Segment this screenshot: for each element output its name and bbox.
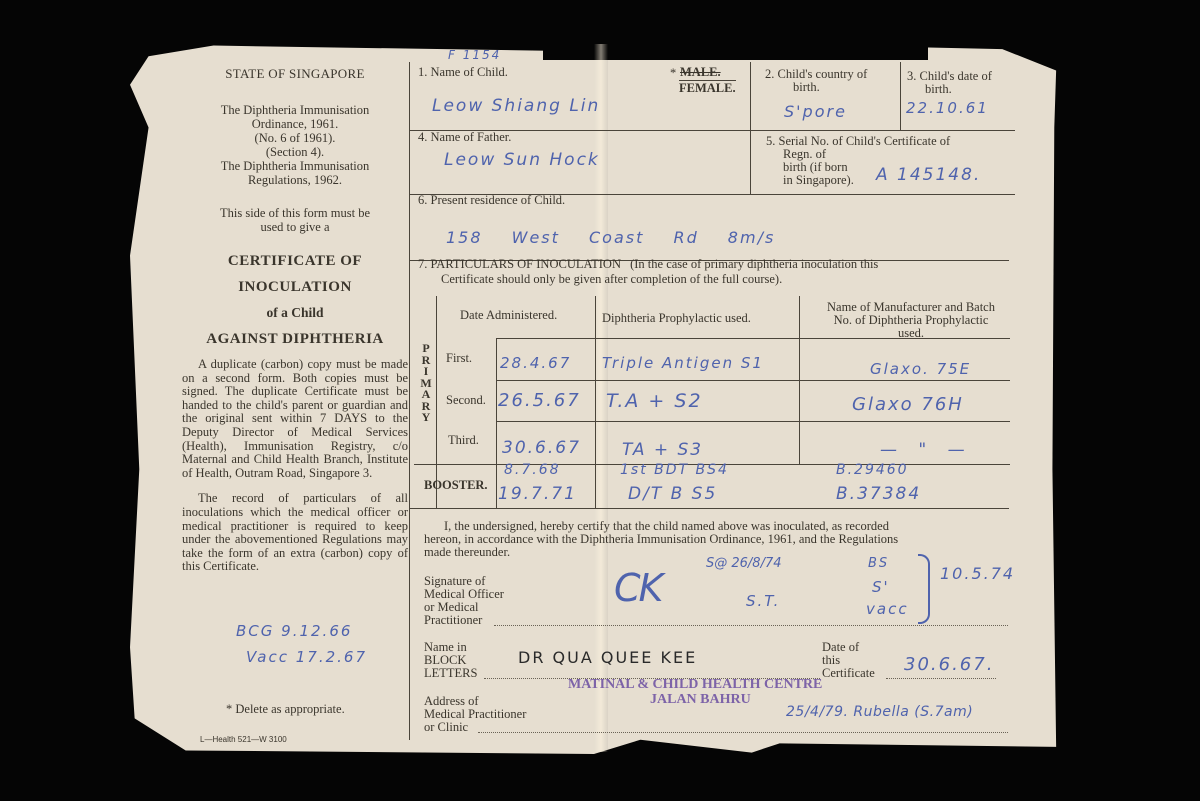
- first-date: 28.4.67: [500, 354, 571, 372]
- col-header-manufacturer: Name of Manufacturer and Batch No. of Di…: [806, 301, 1016, 340]
- third-date: 30.6.67: [502, 438, 581, 458]
- intro-text: This side of this form must be used to g…: [182, 206, 408, 234]
- particulars-heading: 7. PARTICULARS OF INOCULATION (In the ca…: [418, 258, 878, 271]
- note-s1: S': [872, 578, 890, 596]
- ordinance-line: The Diphtheria Immunisation: [182, 159, 408, 173]
- booster1-prophylactic: 1st BDT BS4: [620, 462, 729, 478]
- title-line: CERTIFICATE OF: [182, 248, 408, 274]
- particulars-title: 7. PARTICULARS OF INOCULATION: [418, 257, 621, 271]
- row-label-third: Third.: [448, 434, 479, 447]
- country-label: 2. Child's country of birth.: [765, 68, 867, 94]
- label-line: birth.: [765, 81, 867, 94]
- father-name-label: 4. Name of Father.: [418, 131, 511, 144]
- residence-value: 158 West Coast Rd 8m/s: [446, 228, 775, 247]
- child-name-value: Leow Shiang Lin: [432, 96, 600, 116]
- label-line: LETTERS: [424, 667, 477, 680]
- sex-asterisk: *: [670, 67, 676, 80]
- ordinance-line: The Diphtheria Immunisation: [182, 103, 408, 117]
- dob-value: 22.10.61: [906, 99, 989, 117]
- state-heading: STATE OF SINGAPORE: [182, 66, 408, 82]
- handwritten-bcg: BCG 9.12.66: [236, 622, 352, 640]
- second-manufacturer: Glaxo 76H: [852, 394, 964, 415]
- ordinance-line: Ordinance, 1961.: [182, 117, 408, 131]
- particulars-note: (In the case of primary diphtheria inocu…: [630, 257, 878, 271]
- sex-female: FEMALE.: [679, 80, 736, 95]
- sex-male-struck: MALE.: [680, 66, 721, 79]
- main-left-border: [409, 62, 410, 740]
- clinic-stamp-line1: MATINAL & CHILD HEALTH CENTRE: [568, 677, 822, 693]
- second-date: 26.5.67: [498, 390, 581, 411]
- top-note: F 1154: [448, 48, 501, 62]
- certificate-title: CERTIFICATE OF INOCULATION of a Child AG…: [182, 248, 408, 352]
- col-header-prophylactic: Diphtheria Prophylactic used.: [602, 312, 751, 325]
- cert-date-value: 30.6.67.: [904, 654, 994, 675]
- ordinance-line: Regulations, 1962.: [182, 173, 408, 187]
- ordinance-line: (Section 4).: [182, 145, 408, 159]
- address-line: [478, 732, 1008, 733]
- country-value: S'pore: [784, 102, 847, 121]
- first-manufacturer: Glaxo. 75E: [870, 360, 971, 378]
- cert-date-label: Date of this Certificate: [822, 641, 875, 680]
- label-line: Practitioner: [424, 614, 504, 627]
- serial-value: A 145148.: [876, 165, 981, 185]
- table-row-rule-2: [496, 421, 1010, 422]
- rubella-note: 25/4/79. Rubella (S.7am): [786, 704, 973, 720]
- booster2-prophylactic: D/T B S5: [628, 484, 717, 504]
- signature-label: Signature of Medical Officer or Medical …: [424, 575, 504, 627]
- intro-line: This side of this form must be: [182, 206, 408, 220]
- certification-line: hereon, in accordance with the Diphtheri…: [424, 533, 1008, 546]
- primary-vertical-label: PRIMARY: [420, 343, 432, 424]
- name-label: Name in BLOCK LETTERS: [424, 641, 477, 680]
- title-line: of a Child: [182, 300, 408, 326]
- table-row-rule-1: [496, 380, 1010, 381]
- second-prophylactic: T.A + S2: [606, 390, 703, 412]
- residence-label: 6. Present residence of Child.: [418, 194, 565, 207]
- title-line: AGAINST DIPHTHERIA: [182, 326, 408, 352]
- brace-icon: [918, 554, 930, 624]
- record-instructions: The record of particulars of all inocula…: [182, 492, 408, 574]
- booster1-date: 8.7.68: [504, 462, 561, 478]
- divider-v1: [750, 62, 751, 194]
- note-bs: BS: [868, 556, 889, 571]
- left-info-panel: STATE OF SINGAPORE The Diphtheria Immuni…: [182, 66, 408, 574]
- divider-v2: [900, 62, 901, 130]
- note-st: S.T.: [746, 592, 780, 610]
- signature: CK: [614, 566, 661, 610]
- booster1-manufacturer: B.29460: [836, 462, 909, 478]
- note-date: 10.5.74: [940, 564, 1015, 583]
- divider-h4: [409, 508, 1009, 509]
- header-line: used.: [806, 327, 1016, 340]
- child-name-label: 1. Name of Child.: [418, 66, 508, 79]
- signature-line: [494, 625, 1008, 626]
- row-label-booster: BOOSTER.: [424, 479, 488, 492]
- doctor-name-value: DR QUA QUEE KEE: [518, 648, 697, 667]
- table-label-divider: [496, 338, 497, 464]
- ordinance-block: The Diphtheria Immunisation Ordinance, 1…: [182, 103, 408, 187]
- row-label-second: Second.: [446, 394, 486, 407]
- form-code: L—Health 521—W 3100: [200, 735, 287, 744]
- label-line: birth.: [907, 83, 992, 96]
- table-left-border: [436, 296, 437, 508]
- row-label-first: First.: [446, 352, 472, 365]
- dob-label: 3. Child's date of birth.: [907, 70, 992, 96]
- duplicate-instructions: A duplicate (carbon) copy must be made o…: [182, 358, 408, 480]
- third-prophylactic: TA + S3: [622, 440, 703, 460]
- intro-line: used to give a: [182, 220, 408, 234]
- first-prophylactic: Triple Antigen S1: [602, 354, 764, 372]
- col-header-date: Date Administered.: [460, 309, 557, 322]
- table-col-divider-1: [595, 296, 596, 508]
- particulars-note-line2: Certificate should only be given after c…: [441, 273, 782, 286]
- title-line: INOCULATION: [182, 274, 408, 300]
- delete-footnote: * Delete as appropriate.: [226, 702, 345, 716]
- handwritten-vacc: Vacc 17.2.67: [246, 648, 367, 666]
- ordinance-line: (No. 6 of 1961).: [182, 131, 408, 145]
- label-line: Certificate: [822, 667, 875, 680]
- note-vacc: vacc: [866, 600, 909, 618]
- note-s6-date: S@ 26/8/74: [706, 556, 782, 571]
- address-label: Address of Medical Practitioner or Clini…: [424, 695, 526, 734]
- father-name-value: Leow Sun Hock: [444, 150, 600, 170]
- third-manufacturer: — " —: [880, 440, 973, 460]
- booster2-date: 19.7.71: [498, 484, 577, 504]
- booster2-manufacturer: B.37384: [836, 484, 921, 504]
- cert-date-line: [886, 678, 996, 679]
- clinic-stamp-line2: JALAN BAHRU: [650, 692, 751, 708]
- table-booster-divider: [496, 464, 497, 508]
